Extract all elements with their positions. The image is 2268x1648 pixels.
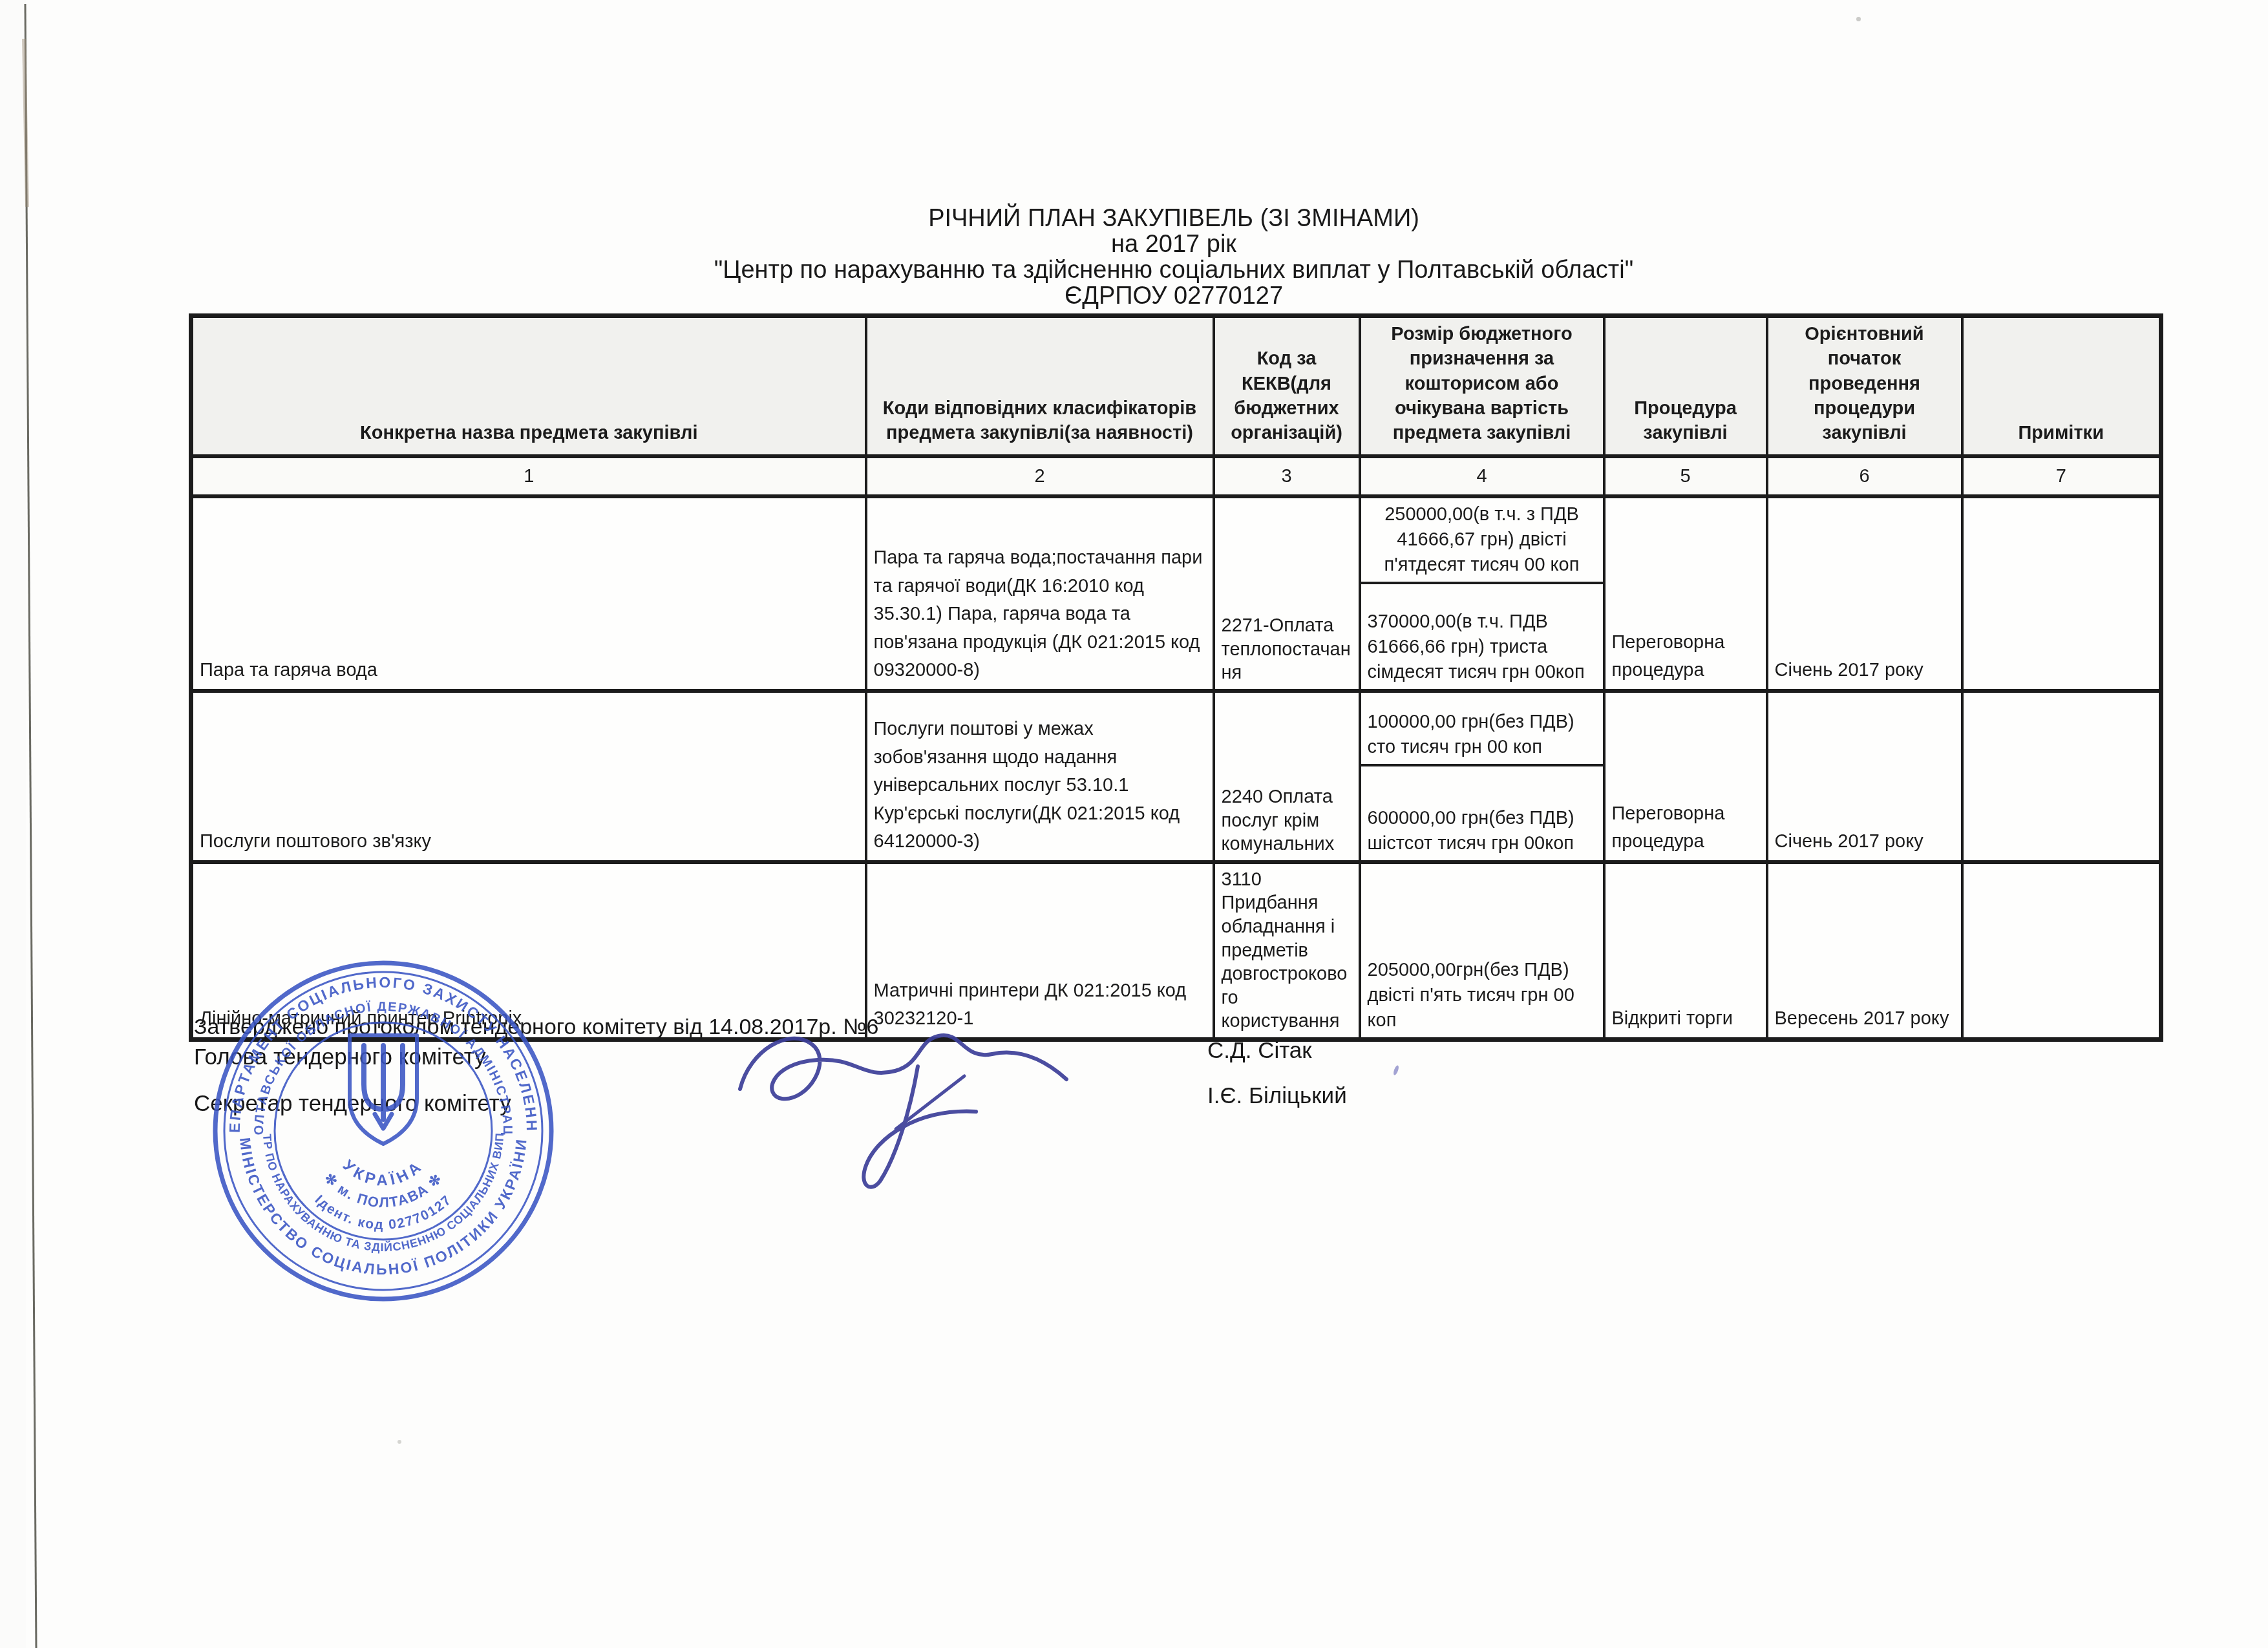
col-header-classifier-codes: Коди відповідних класифікаторів предмета… <box>866 316 1214 457</box>
cell-kekv-code: 2271-Оплата теплопостачання <box>1214 496 1360 691</box>
cell-budget-amount-1: 100000,00 грн(без ПДВ) сто тисяч грн 00 … <box>1360 691 1604 765</box>
cell-budget-amount-1: 250000,00(в т.ч. з ПДВ 41666,67 грн) дві… <box>1360 496 1604 583</box>
cell-kekv-code: 2240 Оплата послуг крім комунальних <box>1214 691 1360 862</box>
stamp-trident-icon <box>350 1035 417 1144</box>
col-number-7: 7 <box>1962 456 2161 496</box>
secretary-name: І.Є. Біліцький <box>1207 1083 1347 1109</box>
scanned-document: РІЧНИЙ ПЛАН ЗАКУПІВЕЛЬ (ЗІ ЗМІНАМИ) на 2… <box>0 0 2268 1648</box>
cell-budget-amount-2: 600000,00 грн(без ПДВ) шістсот тисяч грн… <box>1360 765 1604 862</box>
doc-title-line4: ЄДРПОУ 02770127 <box>189 283 2159 309</box>
handwritten-signature <box>705 992 1118 1199</box>
official-round-stamp: ДЕПАРТАМЕНТ СОЦІАЛЬНОГО ЗАХИСТУ НАСЕЛЕНН… <box>196 944 571 1318</box>
cell-start-date: Січень 2017 року <box>1767 691 1962 862</box>
doc-title-line1: РІЧНИЙ ПЛАН ЗАКУПІВЕЛЬ (ЗІ ЗМІНАМИ) <box>189 206 2159 231</box>
paper-edge <box>0 0 78 1648</box>
dust-speck <box>1856 17 1861 21</box>
col-number-1: 1 <box>191 456 866 496</box>
col-number-2: 2 <box>866 456 1214 496</box>
document-title-block: РІЧНИЙ ПЛАН ЗАКУПІВЕЛЬ (ЗІ ЗМІНАМИ) на 2… <box>189 206 2159 309</box>
cell-notes <box>1962 691 2161 862</box>
dust-speck <box>397 1440 401 1444</box>
cell-classifier-codes: Пара та гаряча вода;постачання пари та г… <box>866 496 1214 691</box>
cell-classifier-codes: Послуги поштові у межах зобов'язання щод… <box>866 691 1214 862</box>
cell-budget-amount-1: 205000,00грн(без ПДВ) двісті п'ять тисяч… <box>1360 862 1604 1039</box>
col-header-kekv-code: Код за КЕКВ(для бюджетних організацій) <box>1214 316 1360 457</box>
cell-notes <box>1962 496 2161 691</box>
cell-start-date: Вересень 2017 року <box>1767 862 1962 1039</box>
cell-notes <box>1962 862 2161 1039</box>
table-row: Послуги поштового зв'язку Послуги поштов… <box>191 691 2161 765</box>
col-header-notes: Примітки <box>1962 316 2161 457</box>
col-number-6: 6 <box>1767 456 1962 496</box>
paper-edge-line <box>25 4 36 1648</box>
head-of-committee-name: С.Д. Сітак <box>1207 1038 1312 1064</box>
col-number-3: 3 <box>1214 456 1360 496</box>
col-header-procedure: Процедура закупівлі <box>1604 316 1767 457</box>
cell-procedure: Переговорна процедура <box>1604 496 1767 691</box>
column-number-row: 1 2 3 4 5 6 7 <box>191 456 2161 496</box>
col-number-4: 4 <box>1360 456 1604 496</box>
col-header-start-date: Орієнтовний початок проведення процедури… <box>1767 316 1962 457</box>
col-header-item-name: Конкретна назва предмета закупівлі <box>191 316 866 457</box>
table-row: Пара та гаряча вода Пара та гаряча вода;… <box>191 496 2161 583</box>
cell-procedure: Відкриті торги <box>1604 862 1767 1039</box>
cell-kekv-code: 3110 Придбання обладнання і предметів до… <box>1214 862 1360 1039</box>
cell-procedure: Переговорна процедура <box>1604 691 1767 862</box>
table-header-row: Конкретна назва предмета закупівлі Коди … <box>191 316 2161 457</box>
cell-start-date: Січень 2017 року <box>1767 496 1962 691</box>
stamp-text-country: УКРАЇНА <box>339 1157 427 1189</box>
col-number-5: 5 <box>1604 456 1767 496</box>
doc-title-line2: на 2017 рік <box>189 231 2159 257</box>
col-header-budget-amount: Розмір бюджетного призначення за коштори… <box>1360 316 1604 457</box>
scan-margin <box>0 0 26 1648</box>
cell-budget-amount-2: 370000,00(в т.ч. ПДВ 61666,66 грн) трист… <box>1360 583 1604 691</box>
cell-item-name: Пара та гаряча вода <box>191 496 866 691</box>
cell-item-name: Послуги поштового зв'язку <box>191 691 866 862</box>
annual-procurement-plan-table: Конкретна назва предмета закупівлі Коди … <box>189 313 2163 1042</box>
ink-speck <box>1392 1064 1399 1075</box>
doc-title-line3: "Центр по нарахуванню та здійсненню соці… <box>189 257 2159 283</box>
